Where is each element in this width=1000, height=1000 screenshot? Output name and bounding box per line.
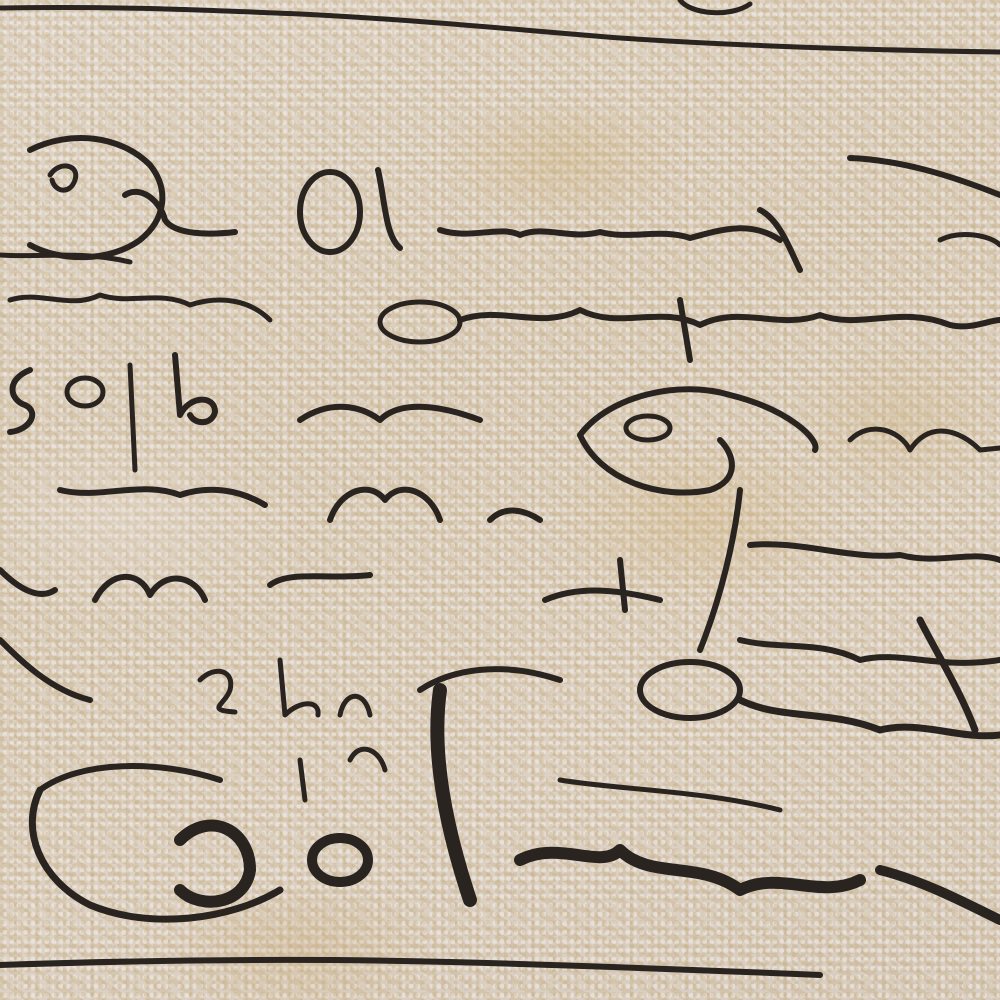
script-pattern bbox=[0, 0, 1000, 1000]
rug-photo: Textured rug with Voynich-style script p… bbox=[0, 0, 1000, 1000]
